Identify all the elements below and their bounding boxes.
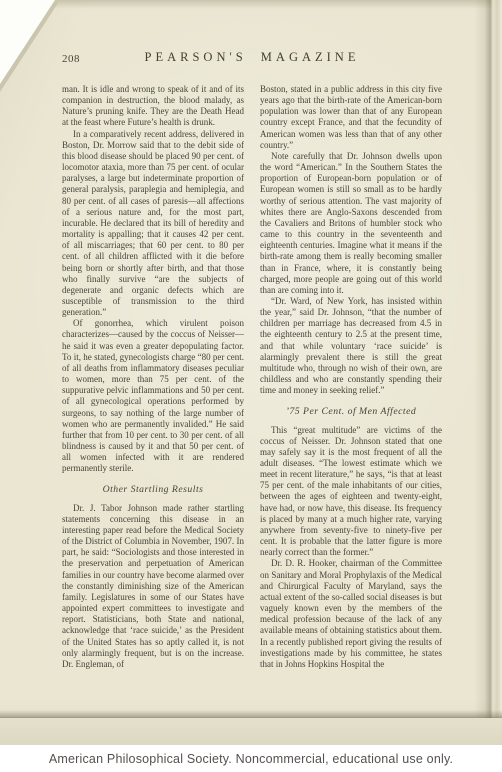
article-body: man. It is idle and wrong to speak of it… (62, 84, 442, 745)
magazine-page-scan: 208 PEARSON'S MAGAZINE man. It is idle a… (0, 0, 502, 745)
paragraph: Dr. J. Tabor Johnson made rather startli… (62, 503, 244, 670)
page-number: 208 (62, 53, 80, 65)
paragraph: “Dr. Ward, of New York, has insisted wit… (260, 296, 442, 396)
credit-text: American Philosophical Society. Noncomme… (49, 752, 453, 766)
page-right-edge (474, 0, 502, 718)
paragraph: In a comparatively recent address, deliv… (62, 129, 244, 319)
magazine-title: PEARSON'S MAGAZINE (62, 50, 442, 65)
paragraph: Note carefully that Dr. Johnson dwells u… (260, 151, 442, 296)
page-corner-fold (0, 0, 55, 84)
paragraph: Dr. D. R. Hooker, chairman of the Commit… (260, 558, 442, 670)
paragraph: This “great multitude” are victims of th… (260, 425, 442, 559)
page-bottom-edge (0, 710, 502, 718)
section-heading-other-startling-results: Other Startling Results (62, 484, 244, 495)
running-head: 208 PEARSON'S MAGAZINE (62, 50, 442, 68)
page-top-edge (0, 0, 502, 9)
section-heading-75-per-cent: ’75 Per Cent. of Men Affected (260, 406, 442, 417)
paragraph: man. It is idle and wrong to speak of it… (62, 84, 244, 129)
column-right: Boston, stated in a public address in th… (260, 84, 442, 745)
column-left: man. It is idle and wrong to speak of it… (62, 84, 244, 745)
paragraph: Of gonorrhea, which virulent poison char… (62, 318, 244, 474)
paragraph: Boston, stated in a public address in th… (260, 84, 442, 151)
credit-strip: American Philosophical Society. Noncomme… (0, 745, 502, 772)
